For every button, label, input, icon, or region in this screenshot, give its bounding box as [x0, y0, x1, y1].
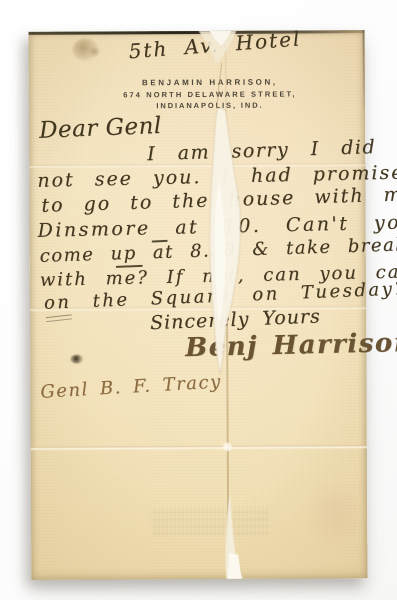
ink-blot [70, 355, 83, 364]
letterhead-city: INDIANAPOLIS, IND. [42, 99, 378, 112]
letter-sheet: 5th Av. Hotel BENJAMIN HARRISON, 674 NOR… [29, 30, 368, 580]
signature: Benj Harrison [185, 328, 397, 363]
printed-letterhead: BENJAMIN HARRISON, 674 NORTH DELAWARE ST… [42, 75, 378, 112]
stain-smudge-small [89, 47, 101, 57]
crease-intersection-wear [222, 442, 233, 452]
stain-bottom-right [311, 468, 359, 558]
body-line: I am sorry I did [147, 136, 377, 165]
faint-stamp-showthrough [151, 507, 269, 538]
pencil-scribble [46, 312, 73, 324]
fold-crease-lower [31, 445, 367, 450]
letter-photo: 5th Av. Hotel BENJAMIN HARRISON, 674 NOR… [0, 0, 397, 600]
addressee-line: Genl B. F. Tracy [40, 371, 222, 402]
salutation: Dear Genl [39, 113, 163, 144]
